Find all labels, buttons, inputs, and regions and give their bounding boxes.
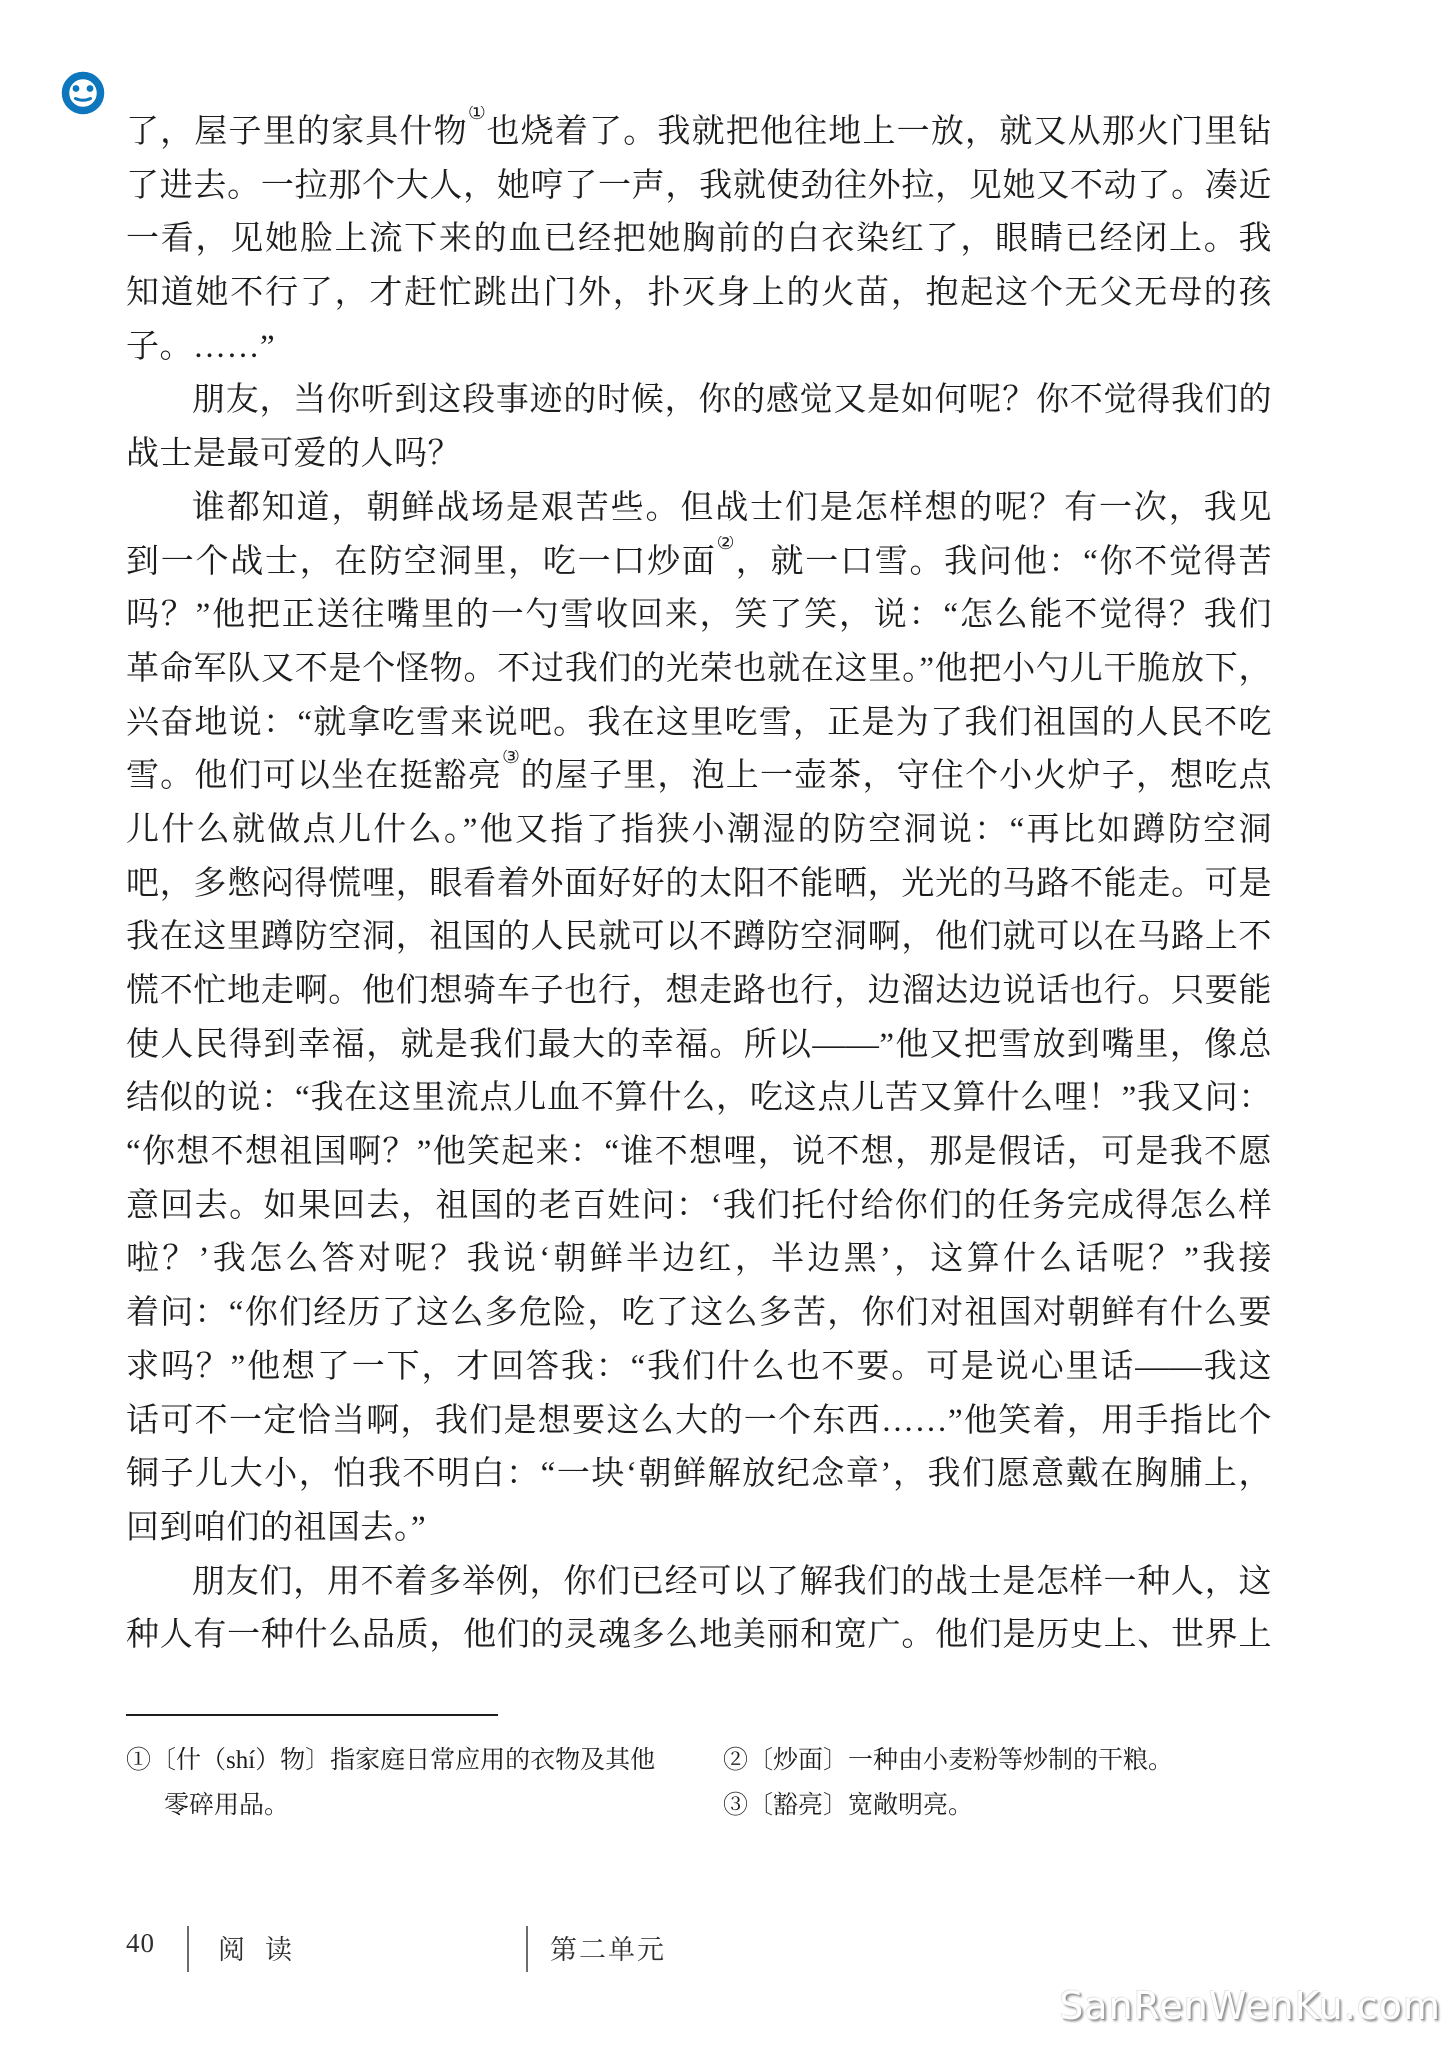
textbook-page: 了，屋子里的家具什物①也烧着了。我就把他往地上一放，就又从那火门里钻 了进去。一… bbox=[0, 0, 1449, 2047]
body-line: 吗？”他把正送往嘴里的一勺雪收回来，笑了笑，说：“怎么能不觉得？我们 bbox=[126, 589, 1272, 643]
body-line: 雪。他们可以坐在挺豁亮③的屋子里，泡上一壶茶，守住个小火炉子，想吃点 bbox=[126, 750, 1272, 804]
footnote-3: ③〔豁亮〕宽敞明亮。 bbox=[723, 1783, 1363, 1828]
body-line: 铜子儿大小，怕我不明白：“一块‘朝鲜解放纪念章’，我们愿意戴在胸脯上， bbox=[126, 1448, 1272, 1502]
body-line: 朋友，当你听到这段事迹的时候，你的感觉又是如何呢？你不觉得我们的 bbox=[126, 374, 1272, 428]
body-line: 谁都知道，朝鲜战场是艰苦些。但战士们是怎样想的呢？有一次，我见 bbox=[126, 482, 1272, 536]
body-line: 到一个战士，在防空洞里，吃一口炒面②，就一口雪。我问他：“你不觉得苦 bbox=[126, 536, 1272, 590]
body-line: 战士是最可爱的人吗？ bbox=[126, 428, 1272, 482]
smiley-icon bbox=[61, 71, 105, 115]
body-line: 结似的说：“我在这里流点儿血不算什么，吃这点儿苦又算什么哩！”我又问： bbox=[126, 1072, 1272, 1126]
footer-divider-2 bbox=[526, 1926, 528, 1972]
body-line: 兴奋地说：“就拿吃雪来说吧。我在这里吃雪，正是为了我们祖国的人民不吃 bbox=[126, 697, 1272, 751]
body-line: 求吗？”他想了一下，才回答我：“我们什么也不要。可是说心里话——我这 bbox=[126, 1341, 1272, 1395]
body-line: 子。……” bbox=[126, 321, 1272, 375]
footnote-2: ②〔炒面〕一种由小麦粉等炒制的干粮。 bbox=[723, 1738, 1363, 1783]
body-line: 一看，见她脸上流下来的血已经把她胸前的白衣染红了，眼睛已经闭上。我 bbox=[126, 213, 1272, 267]
body-line: “你想不想祖国啊？”他笑起来：“谁不想哩，说不想，那是假话，可是我不愿 bbox=[126, 1126, 1272, 1180]
body-line: 使人民得到幸福，就是我们最大的幸福。所以——”他又把雪放到嘴里，像总 bbox=[126, 1019, 1272, 1073]
body-line: 了，屋子里的家具什物①也烧着了。我就把他往地上一放，就又从那火门里钻 bbox=[126, 106, 1272, 160]
body-line: 朋友们，用不着多举例，你们已经可以了解我们的战士是怎样一种人，这 bbox=[126, 1556, 1272, 1610]
body-line: 啦？’我怎么答对呢？我说‘朝鲜半边红，半边黑’，这算什么话呢？”我接 bbox=[126, 1233, 1272, 1287]
footnote-column-right: ②〔炒面〕一种由小麦粉等炒制的干粮。 ③〔豁亮〕宽敞明亮。 bbox=[723, 1738, 1363, 1828]
body-line: 话可不一定恰当啊，我们是想要这么大的一个东西……”他笑着，用手指比个 bbox=[126, 1395, 1272, 1449]
footnote-column-left: ①〔什（shí）物〕指家庭日常应用的衣物及其他 零碎用品。 bbox=[126, 1738, 701, 1828]
page-footer: 40 阅读 第二单元 bbox=[0, 1926, 1449, 1976]
footnote-1-cont: 零碎用品。 bbox=[126, 1783, 701, 1828]
body-line: 着问：“你们经历了这么多危险，吃了这么多苦，你们对祖国对朝鲜有什么要 bbox=[126, 1287, 1272, 1341]
body-line: 了进去。一拉那个大人，她哼了一声，我就使劲往外拉，见她又不动了。凑近 bbox=[126, 160, 1272, 214]
watermark: SanRenWenKu.com bbox=[1059, 1984, 1441, 2028]
footnote-divider bbox=[126, 1714, 498, 1716]
body-line: 儿什么就做点儿什么。”他又指了指狭小潮湿的防空洞说：“再比如蹲防空洞 bbox=[126, 804, 1272, 858]
body-line: 吧，多憋闷得慌哩，眼看着外面好好的太阳不能晒，光光的马路不能走。可是 bbox=[126, 858, 1272, 912]
page-number: 40 bbox=[126, 1928, 155, 1959]
footer-section-label: 阅读 bbox=[218, 1928, 312, 1967]
body-line: 知道她不行了，才赶忙跳出门外，扑灭身上的火苗，抱起这个无父无母的孩 bbox=[126, 267, 1272, 321]
body-line: 意回去。如果回去，祖国的老百姓问：‘我们托付给你们的任务完成得怎么样 bbox=[126, 1180, 1272, 1234]
body-line: 回到咱们的祖国去。” bbox=[126, 1502, 1272, 1556]
footer-divider-1 bbox=[187, 1926, 189, 1972]
footnote-1: ①〔什（shí）物〕指家庭日常应用的衣物及其他 bbox=[126, 1738, 701, 1783]
body-line: 种人有一种什么品质，他们的灵魂多么地美丽和宽广。他们是历史上、世界上 bbox=[126, 1609, 1272, 1663]
footer-unit-label: 第二单元 bbox=[550, 1928, 666, 1967]
body-text: 了，屋子里的家具什物①也烧着了。我就把他往地上一放，就又从那火门里钻 了进去。一… bbox=[126, 106, 1272, 1663]
body-line: 我在这里蹲防空洞，祖国的人民就可以不蹲防空洞啊，他们就可以在马路上不 bbox=[126, 911, 1272, 965]
body-line: 革命军队又不是个怪物。不过我们的光荣也就在这里。”他把小勺儿干脆放下， bbox=[126, 643, 1272, 697]
body-line: 慌不忙地走啊。他们想骑车子也行，想走路也行，边溜达边说话也行。只要能 bbox=[126, 965, 1272, 1019]
